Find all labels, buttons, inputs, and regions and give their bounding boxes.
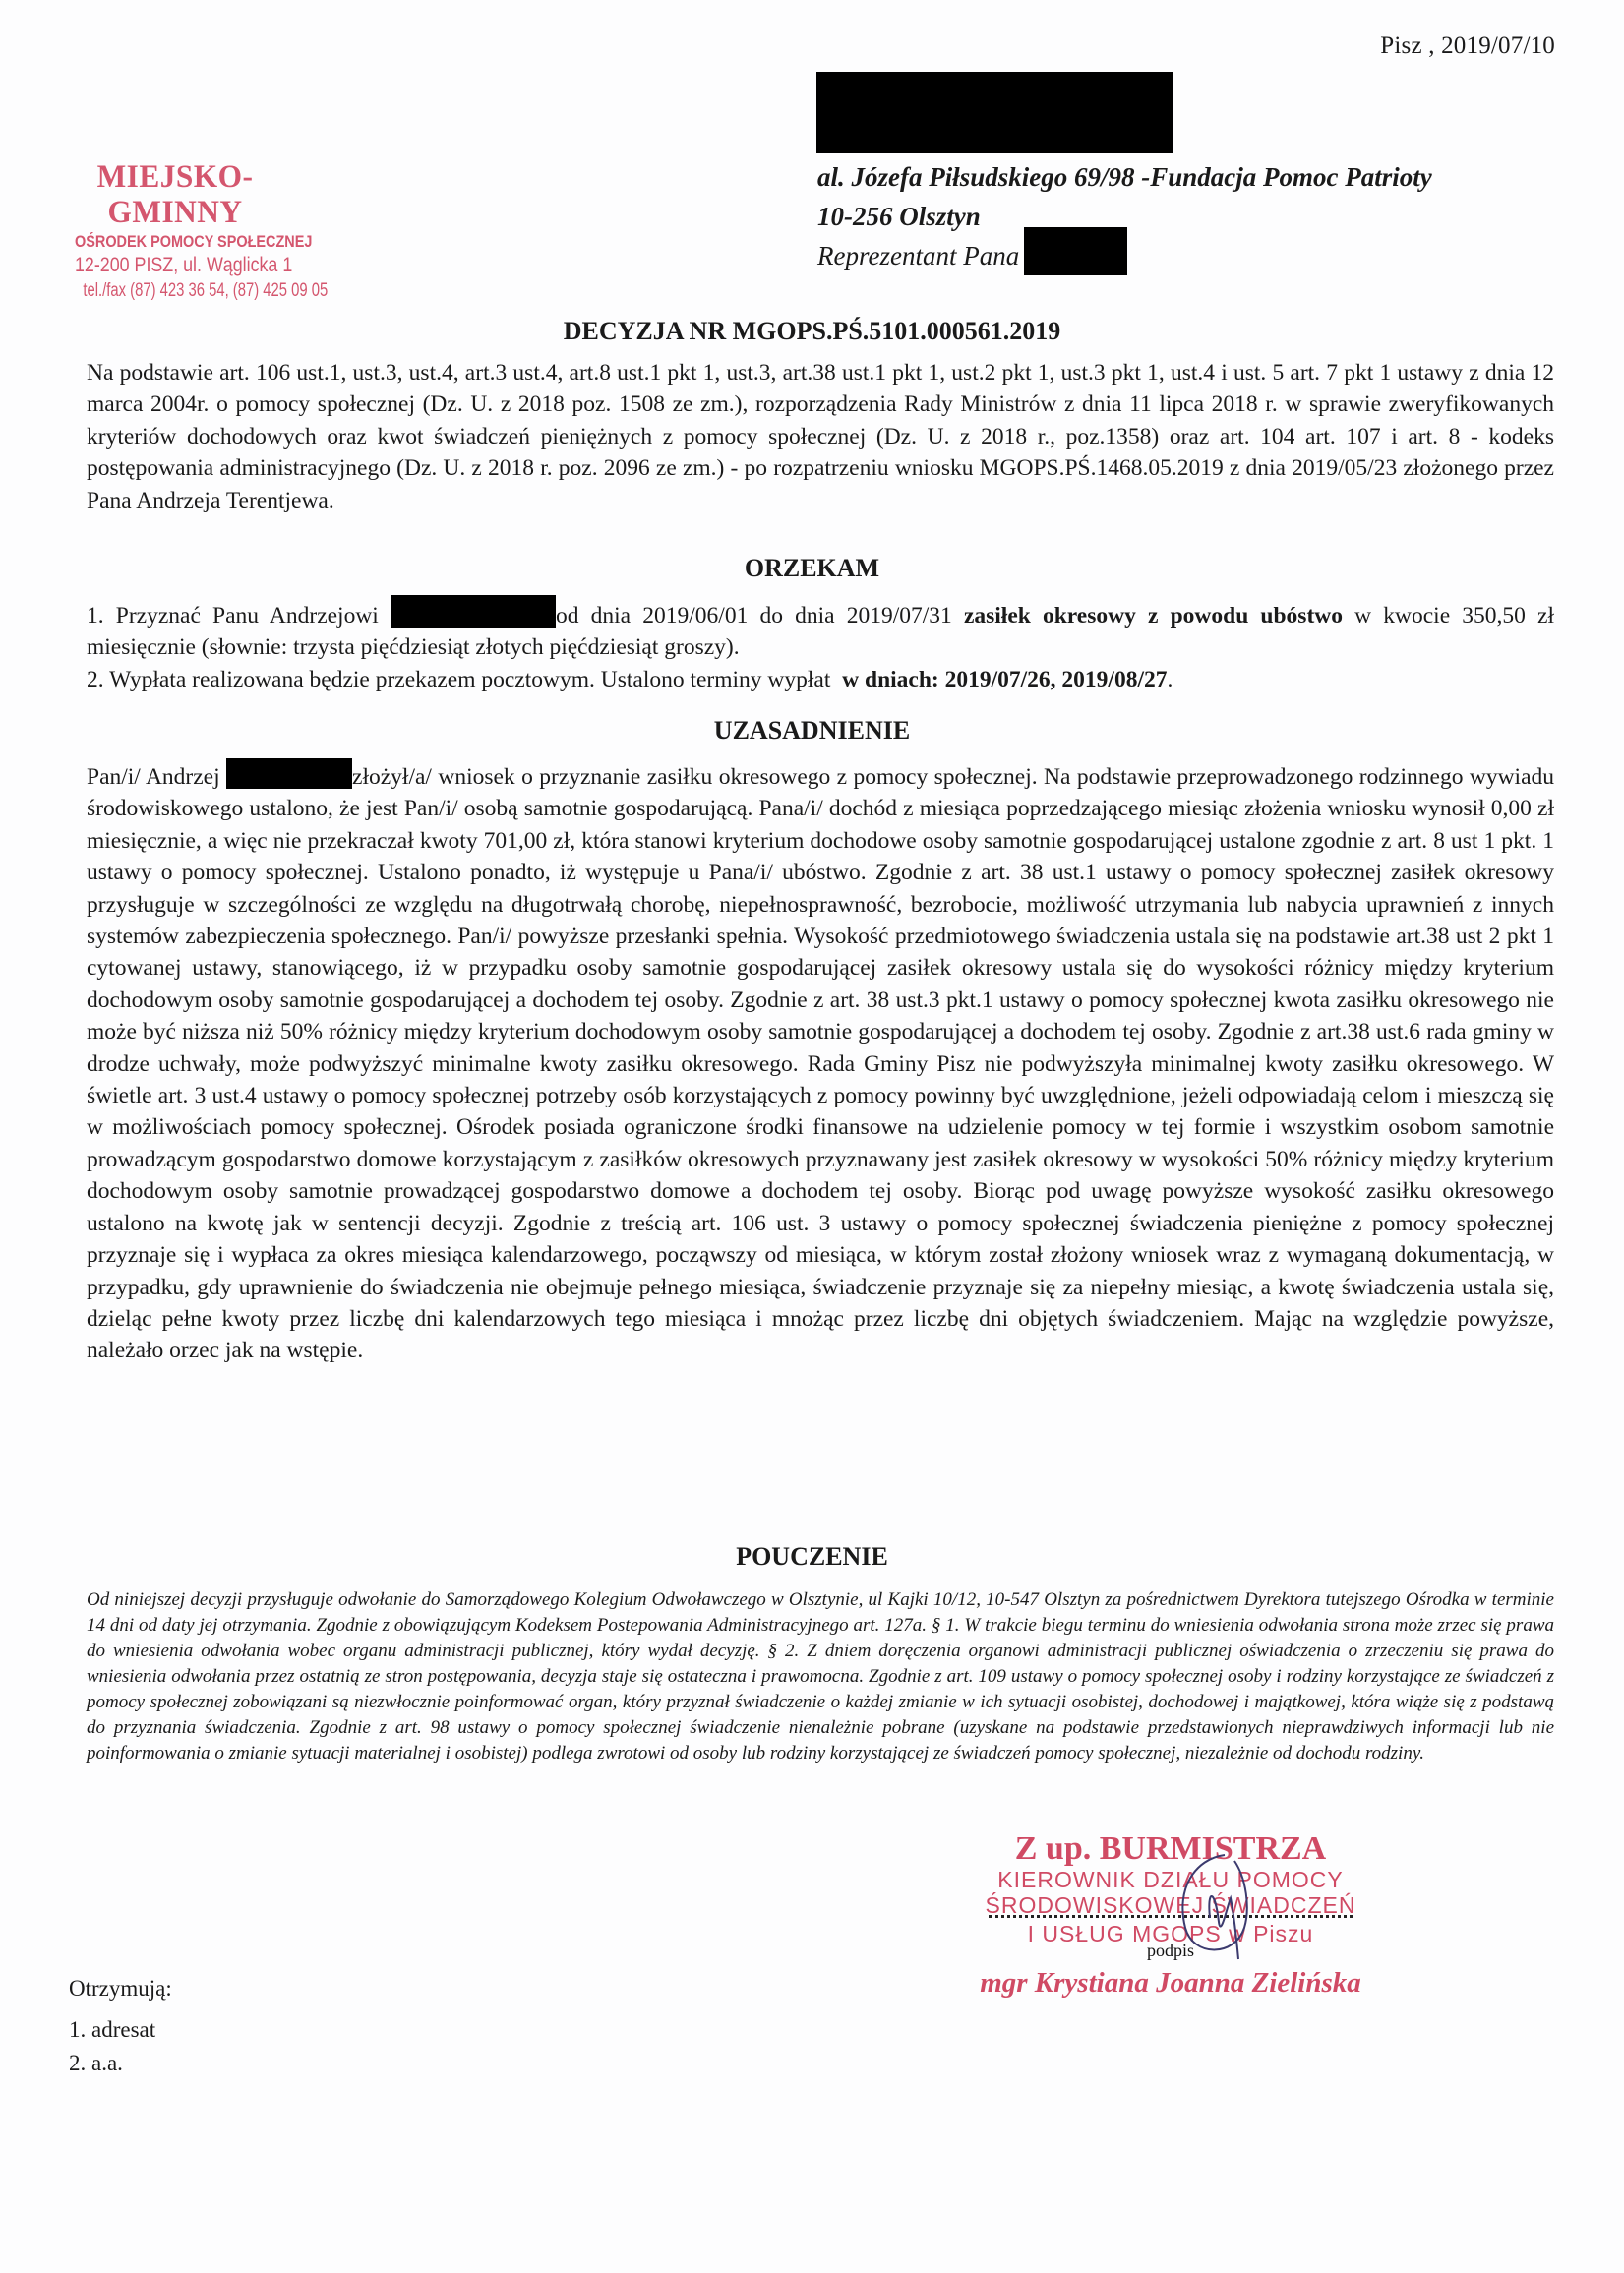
- issuer-stamp-phone: tel./fax (87) 423 36 54, (87) 425 09 05: [83, 278, 267, 303]
- redacted-beneficiary-surname: [391, 595, 556, 628]
- justification-text: Pan/i/ Andrzej złożył/a/ wniosek o przyz…: [87, 758, 1554, 1367]
- issuer-stamp-address: 12-200 PISZ, ul. Wąglicka 1: [75, 253, 275, 278]
- instruction-text: Od niniejszej decyzji przysługuje odwoła…: [87, 1587, 1554, 1766]
- recipients-heading: Otrzymują:: [69, 1972, 172, 2005]
- handwritten-signature-icon: [1156, 1849, 1284, 1967]
- addressee-address: al. Józefa Piłsudskiego 69/98 -Fundacja …: [817, 157, 1432, 197]
- instruction-heading: POUCZENIE: [0, 1542, 1624, 1572]
- issuer-stamp-line2: OŚRODEK POMOCY SPOŁECZNEJ: [75, 230, 275, 253]
- redacted-addressee-name: [816, 72, 1173, 153]
- redacted-applicant-surname: [226, 758, 352, 789]
- justification-heading: UZASADNIENIE: [0, 716, 1624, 746]
- redacted-representative-surname: [1024, 227, 1127, 275]
- ruling-item-1: 1. Przyznać Panu Andrzejowi od dnia 2019…: [87, 595, 1554, 664]
- issuer-stamp-line1: MIEJSKO-GMINNY: [63, 159, 287, 230]
- recipient-item: 1. adresat: [69, 2013, 172, 2047]
- issuer-stamp: MIEJSKO-GMINNY OŚRODEK POMOCY SPOŁECZNEJ…: [57, 159, 293, 303]
- ruling-heading: ORZEKAM: [0, 554, 1624, 583]
- place-date: Pisz , 2019/07/10: [1380, 32, 1555, 60]
- ruling-item-2: 2. Wypłata realizowana będzie przekazem …: [87, 664, 1554, 695]
- recipient-item: 2. a.a.: [69, 2047, 172, 2080]
- decision-title: DECYZJA NR MGOPS.PŚ.5101.000561.2019: [0, 317, 1624, 346]
- legal-basis: Na podstawie art. 106 ust.1, ust.3, ust.…: [87, 357, 1554, 516]
- ruling-items: 1. Przyznać Panu Andrzejowi od dnia 2019…: [87, 595, 1554, 695]
- signatory-name: mgr Krystiana Joanna Zielińska: [944, 1966, 1397, 2000]
- recipients: Otrzymują: 1. adresat 2. a.a.: [69, 1972, 172, 2080]
